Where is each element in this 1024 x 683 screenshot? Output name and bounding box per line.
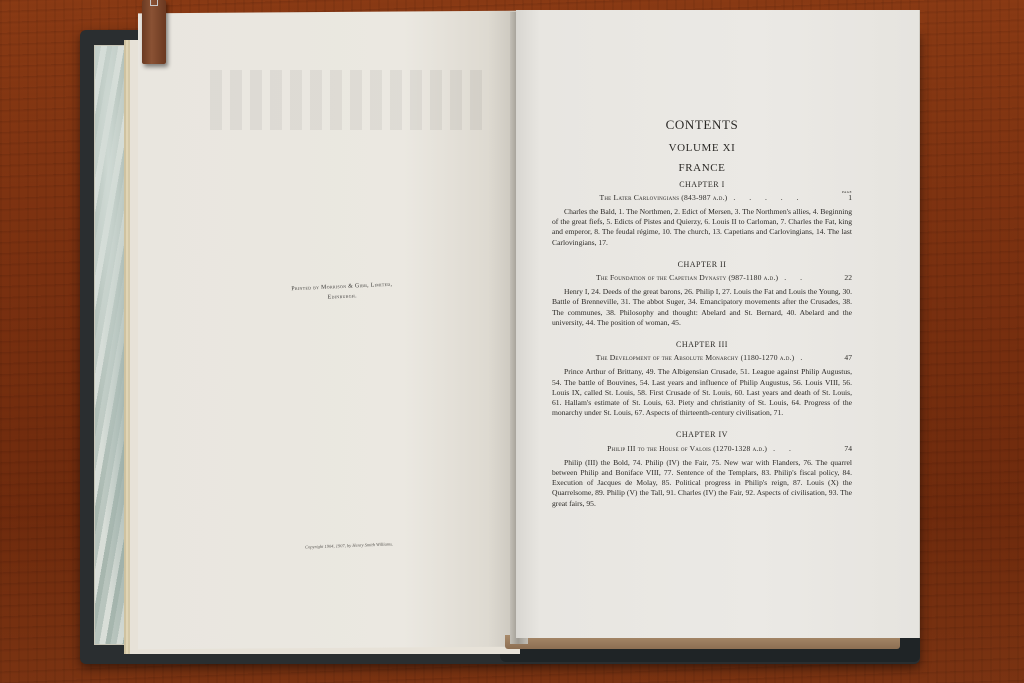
- leader-dots: . . . . .: [733, 193, 804, 203]
- chapter-entry: CHAPTER II The Foundation of the Capetia…: [552, 260, 852, 328]
- chapter-label: CHAPTER IV: [552, 430, 852, 440]
- volume-heading: VOLUME XI: [552, 143, 852, 153]
- leader-dots: . .: [784, 273, 808, 283]
- chapter-entry: CHAPTER III The Development of the Absol…: [552, 340, 852, 418]
- chapter-title-row: The Foundation of the Capetian Dynasty (…: [552, 273, 852, 283]
- chapter-title-row: Philip III to the House of Valois (1270-…: [552, 444, 852, 454]
- chapter-summary: Philip (III) the Bold, 74. Philip (IV) t…: [552, 458, 852, 509]
- chapter-page-number: 1: [848, 193, 852, 203]
- chapter-title-row: PAGE The Later Carlovingians (843-987 a.…: [552, 193, 852, 203]
- clothespin-spring: [150, 0, 158, 6]
- right-page: CONTENTS VOLUME XI FRANCE CHAPTER I PAGE…: [516, 10, 920, 638]
- wooden-clothespin: [142, 0, 166, 64]
- chapter-page-number: 22: [844, 273, 852, 283]
- chapter-summary: Charles the Bald, 1. The Northmen, 2. Ed…: [552, 207, 852, 248]
- chapter-label: CHAPTER III: [552, 340, 852, 350]
- chapter-title: Philip III to the House of Valois (1270-…: [607, 444, 767, 454]
- chapter-page-number: 47: [844, 353, 852, 363]
- table-of-contents: CONTENTS VOLUME XI FRANCE CHAPTER I PAGE…: [552, 120, 852, 521]
- contents-heading: CONTENTS: [552, 120, 852, 130]
- chapter-title: The Foundation of the Capetian Dynasty (…: [596, 273, 778, 283]
- chapter-entry: CHAPTER I PAGE The Later Carlovingians (…: [552, 180, 852, 248]
- leader-dots: .: [800, 353, 808, 363]
- show-through-text: [210, 70, 490, 130]
- chapter-label: CHAPTER I: [552, 180, 852, 190]
- chapter-page-number: 74: [844, 444, 852, 454]
- chapter-title: The Later Carlovingians (843-987 a.d.): [600, 193, 728, 203]
- chapter-entry: CHAPTER IV Philip III to the House of Va…: [552, 430, 852, 508]
- chapter-summary: Prince Arthur of Brittany, 49. The Albig…: [552, 367, 852, 418]
- leader-dots: . .: [773, 444, 797, 454]
- chapter-title-row: The Development of the Absolute Monarchy…: [552, 353, 852, 363]
- chapter-label: CHAPTER II: [552, 260, 852, 270]
- section-heading: FRANCE: [552, 163, 852, 173]
- chapter-title: The Development of the Absolute Monarchy…: [596, 353, 795, 363]
- chapter-summary: Henry I, 24. Deeds of the great barons, …: [552, 287, 852, 328]
